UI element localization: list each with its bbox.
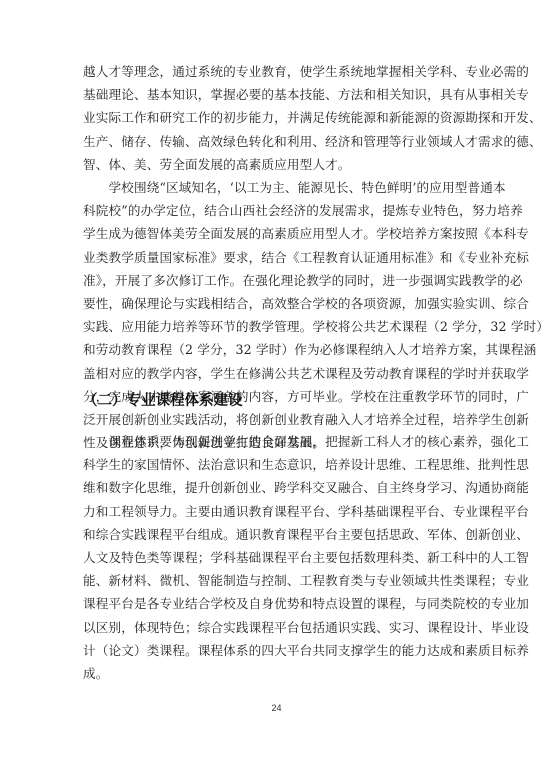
- paragraph-school-positioning: 学校围绕“区域知名，‘以工为主、能源见长、特色鲜明’的应用型普通本 科院校”的办…: [83, 176, 493, 454]
- text-line: 学生成为德智体美劳全面发展的高素质应用型人才。学校培养方案按照《本科专: [83, 222, 493, 245]
- document-page: 越人才等理念，通过系统的专业教育，使学生系统地掌握相关学科、专业必需的 基础理论…: [0, 0, 553, 783]
- text-line: 生产、储存、传输、高效绿色转化和利用、经济和管理等行业领域人才需求的德、: [83, 130, 493, 153]
- text-line: 计（论文）类课程。课程体系的四大平台共同支撑学生的能力达成和素质目标养: [83, 639, 493, 662]
- text-line: 泛开展创新创业实践活动，将创新创业教育融入人才培养全过程，培养学生创新: [83, 408, 493, 431]
- text-line: 课程体系要体现促进学生的全面发展，把握新工科人才的核心素养，强化工: [83, 430, 493, 453]
- text-line: 实践、应用能力培养等环节的教学管理。学校将公共艺术课程（2 学分，32 学时）: [83, 315, 493, 338]
- text-line: 和劳动教育课程（2 学分，32 学时）作为必修课程纳入人才培养方案，其课程涵: [83, 338, 493, 361]
- text-line: 业类教学质量国家标准》要求，结合《工程教育认证通用标准》和《专业补充标: [83, 246, 493, 269]
- paragraph-curriculum-system: 课程体系要体现促进学生的全面发展，把握新工科人才的核心素养，强化工 科学生的家国…: [83, 430, 493, 685]
- text-line: 学校围绕“区域知名，‘以工为主、能源见长、特色鲜明’的应用型普通本: [83, 176, 493, 199]
- text-line: 科院校”的办学定位，结合山西社会经济的发展需求，提炼专业特色，努力培养: [83, 199, 493, 222]
- text-line: 以区别，体现特色；综合实践课程平台包括通识实践、实习、课程设计、毕业设: [83, 616, 493, 639]
- text-line: 越人才等理念，通过系统的专业教育，使学生系统地掌握相关学科、专业必需的: [83, 60, 493, 83]
- paragraph-graduate-goals: 越人才等理念，通过系统的专业教育，使学生系统地掌握相关学科、专业必需的 基础理论…: [83, 60, 493, 176]
- text-line: 基础理论、基本知识，掌握必要的基本技能、方法和相关知识，具有从事相关专: [83, 83, 493, 106]
- text-line: 智、体、美、劳全面发展的高素质应用型人才。: [83, 153, 493, 176]
- page-number: 24: [0, 703, 553, 713]
- text-line: 准》，开展了多次修订工作。在强化理论教学的同时，进一步强调实践教学的必: [83, 269, 493, 292]
- text-line: 盖相对应的教学内容，学生在修满公共艺术课程及劳动教育课程的学时并获取学: [83, 362, 493, 385]
- text-line: 科学生的家国情怀、法治意识和生态意识，培养设计思维、工程思维、批判性思: [83, 453, 493, 476]
- text-line: 成。: [83, 662, 493, 685]
- text-line: 能、新材料、微机、智能制造与控制、工程教育类与专业领域共性类课程；专业: [83, 569, 493, 592]
- text-line: 人文及特色类等课程；学科基础课程平台主要包括数理科类、新工科中的人工智: [83, 546, 493, 569]
- text-line: 课程平台是各专业结合学校及自身优势和特点设置的课程，与同类院校的专业加: [83, 592, 493, 615]
- text-line: 业实际工作和研究工作的初步能力，并满足传统能源和新能源的资源勘探和开发、: [83, 106, 493, 129]
- section-heading: （二）专业课程体系建设: [83, 389, 243, 410]
- text-line: 要性，确保理论与实践相结合，高效整合学校的各项资源，加强实验实训、综合: [83, 292, 493, 315]
- text-line: 和综合实践课程平台组成。通识教育课程平台主要包括思政、军体、创新创业、: [83, 523, 493, 546]
- text-line: 维和数字化思维，提升创新创业、跨学科交叉融合、自主终身学习、沟通协商能: [83, 476, 493, 499]
- text-line: 力和工程领导力。主要由通识教育课程平台、学科基础课程平台、专业课程平台: [83, 500, 493, 523]
